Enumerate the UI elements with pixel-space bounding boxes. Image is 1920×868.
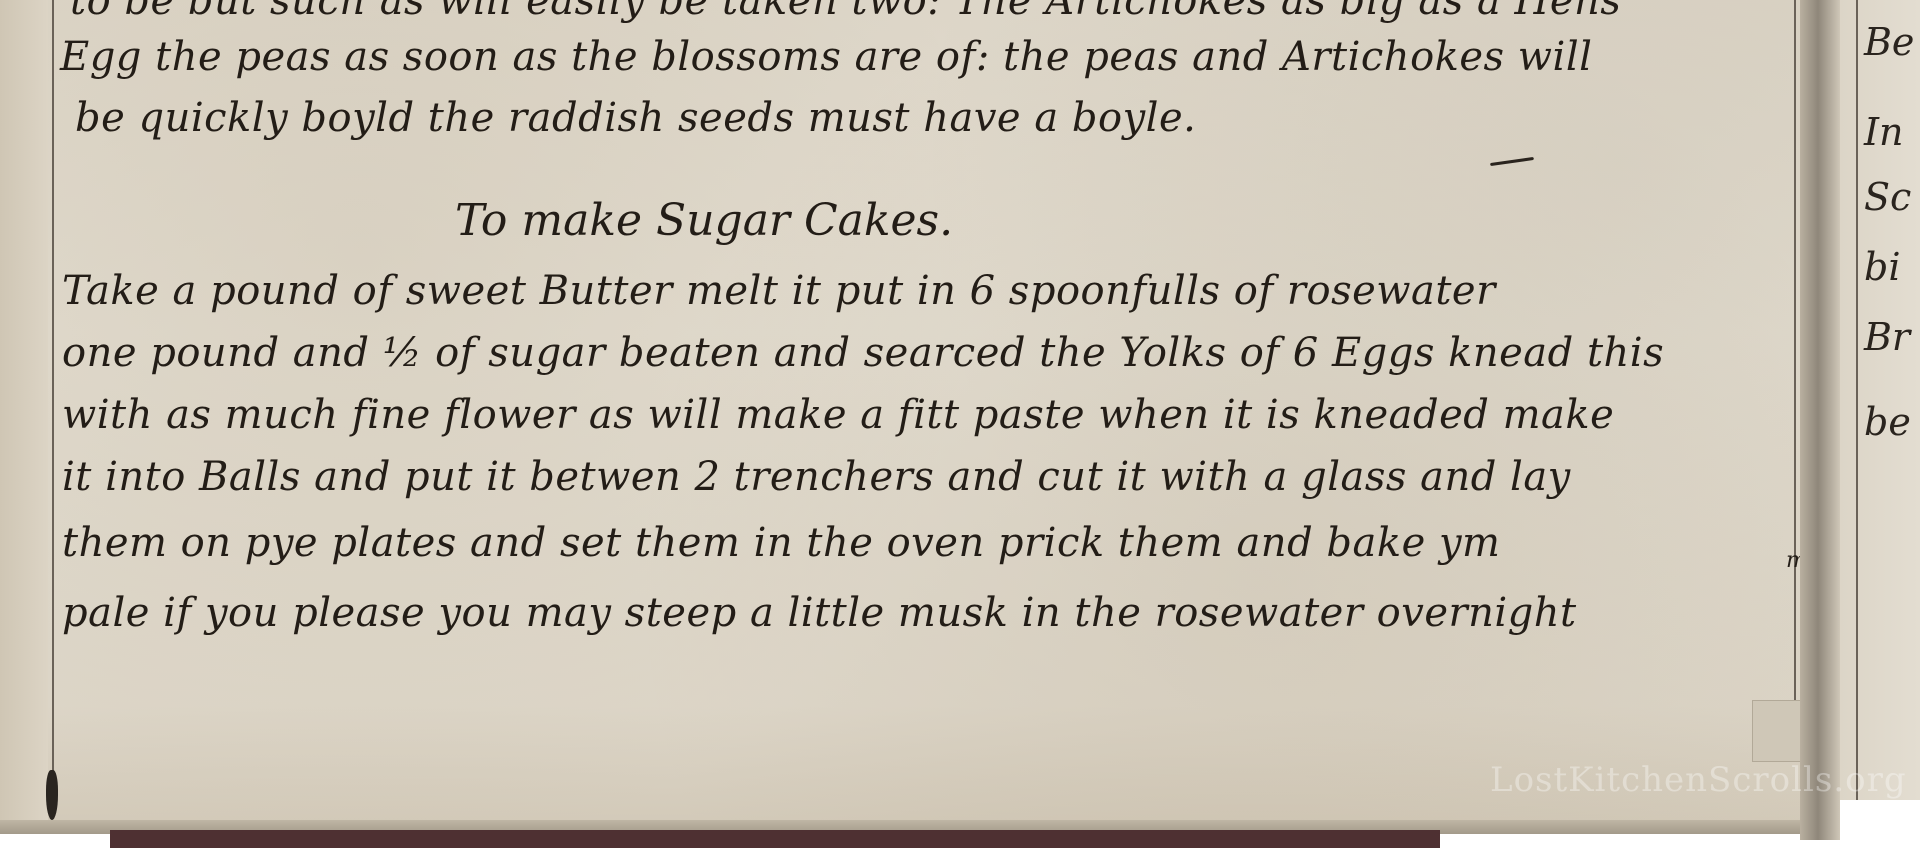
recipe-line: one pound and ½ of sugar beaten and sear… bbox=[62, 330, 1664, 376]
recipe-title: To make Sugar Cakes. bbox=[455, 195, 953, 246]
book-binding bbox=[110, 830, 1440, 848]
separator-dash bbox=[1490, 157, 1534, 166]
recipe-line: it into Balls and put it betwen 2 trench… bbox=[62, 454, 1571, 500]
right-page-fragment: Br bbox=[1864, 315, 1910, 359]
right-page-fragment: Sc bbox=[1864, 175, 1911, 219]
right-page: Be In Sc bi Br be bbox=[1840, 0, 1920, 800]
cutoff-line: to be but such as will easily be taken t… bbox=[70, 0, 1621, 24]
text-line: be quickly boyld the raddish seeds must … bbox=[75, 95, 1196, 141]
watermark: LostKitchenScrolls.org bbox=[1490, 760, 1907, 800]
right-page-fragment: be bbox=[1864, 400, 1911, 444]
recipe-line: Take a pound of sweet Butter melt it put… bbox=[62, 268, 1496, 314]
right-page-fragment: bi bbox=[1864, 245, 1900, 289]
recipe-line: pale if you please you may steep a littl… bbox=[62, 590, 1577, 636]
text-line: Egg the peas as soon as the blossoms are… bbox=[60, 34, 1592, 80]
handwritten-text: to be but such as will easily be taken t… bbox=[0, 0, 1800, 800]
right-page-fragment: In bbox=[1864, 110, 1903, 154]
recipe-line: with as much fine flower as will make a … bbox=[62, 392, 1614, 438]
book-gutter bbox=[1800, 0, 1840, 840]
manuscript-spread: to be but such as will easily be taken t… bbox=[0, 0, 1920, 868]
right-page-fragment: Be bbox=[1864, 20, 1914, 64]
recipe-line: them on pye plates and set them in the o… bbox=[62, 520, 1501, 566]
right-page-margin-rule bbox=[1856, 0, 1858, 800]
